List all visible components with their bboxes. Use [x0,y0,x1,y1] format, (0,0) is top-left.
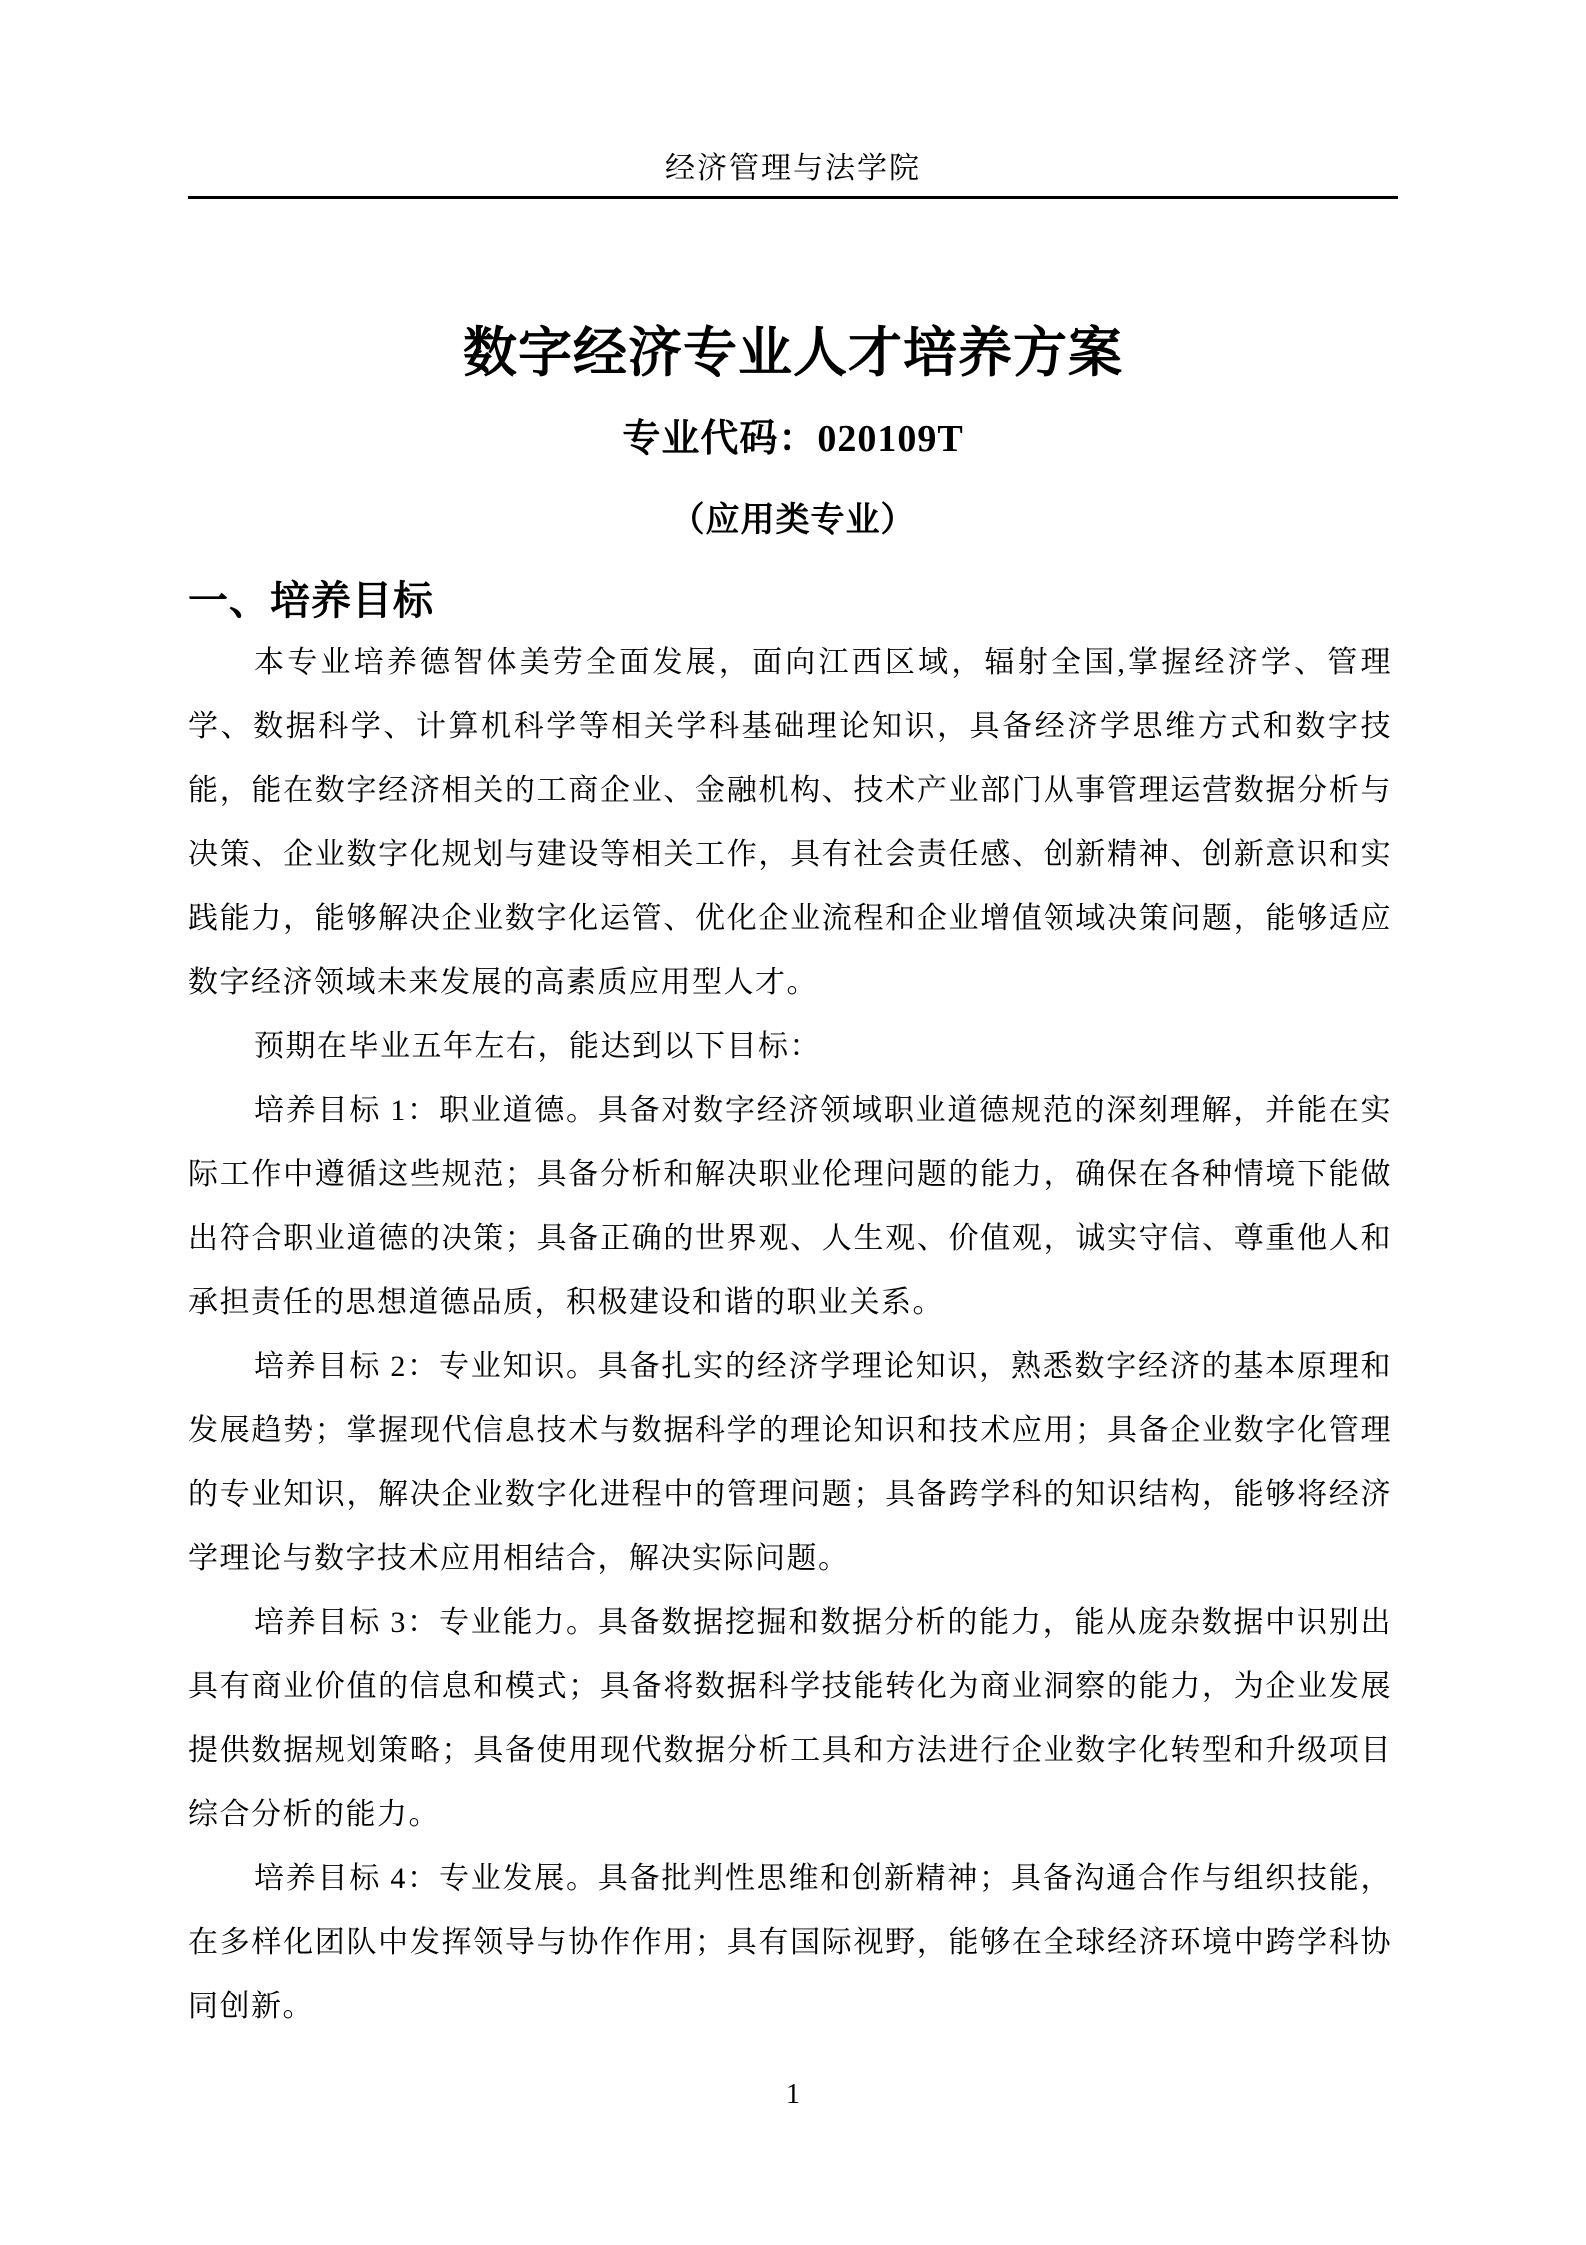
document-title: 数字经济专业人才培养方案 [0,325,1586,381]
paragraph-objective-2-knowledge: 培养目标 2：专业知识。具备扎实的经济学理论知识，熟悉数字经济的基本原理和发展趋… [188,1335,1392,1591]
school-name-header: 经济管理与法学院 [188,150,1398,188]
major-code: 专业代码：020109T [0,419,1586,459]
page-header: 经济管理与法学院 [188,0,1398,199]
document-body: 一、培养目标 本专业培养德智体美劳全面发展，面向江西区域，辐射全国,掌握经济学、… [188,581,1392,2039]
paragraph-objective-3-ability: 培养目标 3：专业能力。具备数据挖掘和数据分析的能力，能从庞杂数据中识别出具有商… [188,1591,1392,1847]
document-page: 经济管理与法学院 数字经济专业人才培养方案 专业代码：020109T （应用类专… [0,0,1586,2245]
page-number: 1 [0,2078,1586,2112]
section-paragraphs: 本专业培养德智体美劳全面发展，面向江西区域，辐射全国,掌握经济学、管理学、数据科… [188,631,1392,2039]
paragraph-objective-1-ethics: 培养目标 1：职业道德。具备对数字经济领域职业道德规范的深刻理解，并能在实际工作… [188,1079,1392,1335]
paragraph-objective-4-development: 培养目标 4：专业发展。具备批判性思维和创新精神；具备沟通合作与组织技能，在多样… [188,1847,1392,2039]
section-heading-training-objectives: 一、培养目标 [188,581,1392,621]
paragraph-expected-goals-lead: 预期在毕业五年左右，能达到以下目标： [188,1015,1392,1079]
paragraph-program-intro: 本专业培养德智体美劳全面发展，面向江西区域，辐射全国,掌握经济学、管理学、数据科… [188,631,1392,1015]
major-category: （应用类专业） [0,503,1586,539]
